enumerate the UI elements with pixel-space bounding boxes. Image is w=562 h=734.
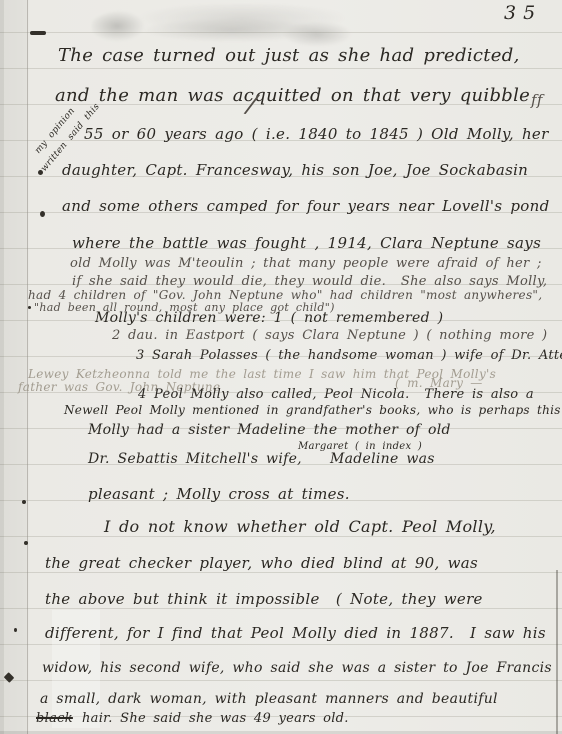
handwritten-line: 3 Sarah Polasses ( the handsome woman ) … <box>136 349 562 363</box>
handwritten-line: Madeline was <box>330 452 435 467</box>
handwritten-line: black <box>36 712 73 726</box>
stitch-mark <box>38 170 43 175</box>
handwritten-line: the above but think it impossible ( Note… <box>45 591 483 608</box>
stitch-mark <box>30 31 46 35</box>
handwritten-line: 2 dau. in Eastport ( says Clara Neptune … <box>112 329 547 343</box>
handwritten-line: Dr. Sebattis Mitchell's wife, <box>88 452 302 467</box>
handwritten-line: I do not know whether old Capt. Peol Mol… <box>104 518 496 536</box>
handwritten-line: and the man was acquitted on that very q… <box>55 86 530 106</box>
handwritten-line: Molly's children were: 1 ( not remembere… <box>95 311 443 326</box>
handwritten-line: old Molly was M'teoulin ; that many peop… <box>70 257 542 271</box>
stitch-mark <box>14 628 17 632</box>
page-right-edge <box>556 570 558 734</box>
stitch-mark <box>40 211 45 217</box>
stitch-mark <box>28 306 31 309</box>
page-number: 35 <box>504 2 542 24</box>
handwritten-line: different, for I find that Peol Molly di… <box>45 625 546 642</box>
handwritten-line: widow, his second wife, who said she was… <box>42 661 552 676</box>
left-edge-shadow <box>0 0 4 734</box>
handwritten-line: and some others camped for four years ne… <box>62 198 550 215</box>
handwritten-line: Newell Peol Molly mentioned in grandfath… <box>64 404 562 417</box>
handwritten-line: pleasant ; Molly cross at times. <box>88 486 350 503</box>
stitch-mark <box>24 541 28 545</box>
manuscript-page: 35 The case turned out just as she had p… <box>0 0 562 734</box>
stitch-mark <box>22 500 26 504</box>
handwritten-line: 4 Peol Molly also called, Peol Nicola. T… <box>138 388 534 402</box>
handwritten-line: daughter, Capt. Francesway, his son Joe,… <box>62 162 528 179</box>
handwritten-line: where the battle was fought , 1914, Clar… <box>72 235 541 252</box>
handwritten-line: a small, dark woman, with pleasant manne… <box>40 692 498 707</box>
handwritten-line: Molly had a sister Madeline the mother o… <box>88 423 451 438</box>
handwritten-line: ff <box>531 92 543 109</box>
handwritten-line: the great checker player, who died blind… <box>45 555 478 572</box>
handwritten-line: hair. She said she was 49 years old. <box>82 712 349 726</box>
handwritten-line: The case turned out just as she had pred… <box>58 46 520 66</box>
handwritten-line: 55 or 60 years ago ( i.e. 1840 to 1845 )… <box>84 126 549 143</box>
